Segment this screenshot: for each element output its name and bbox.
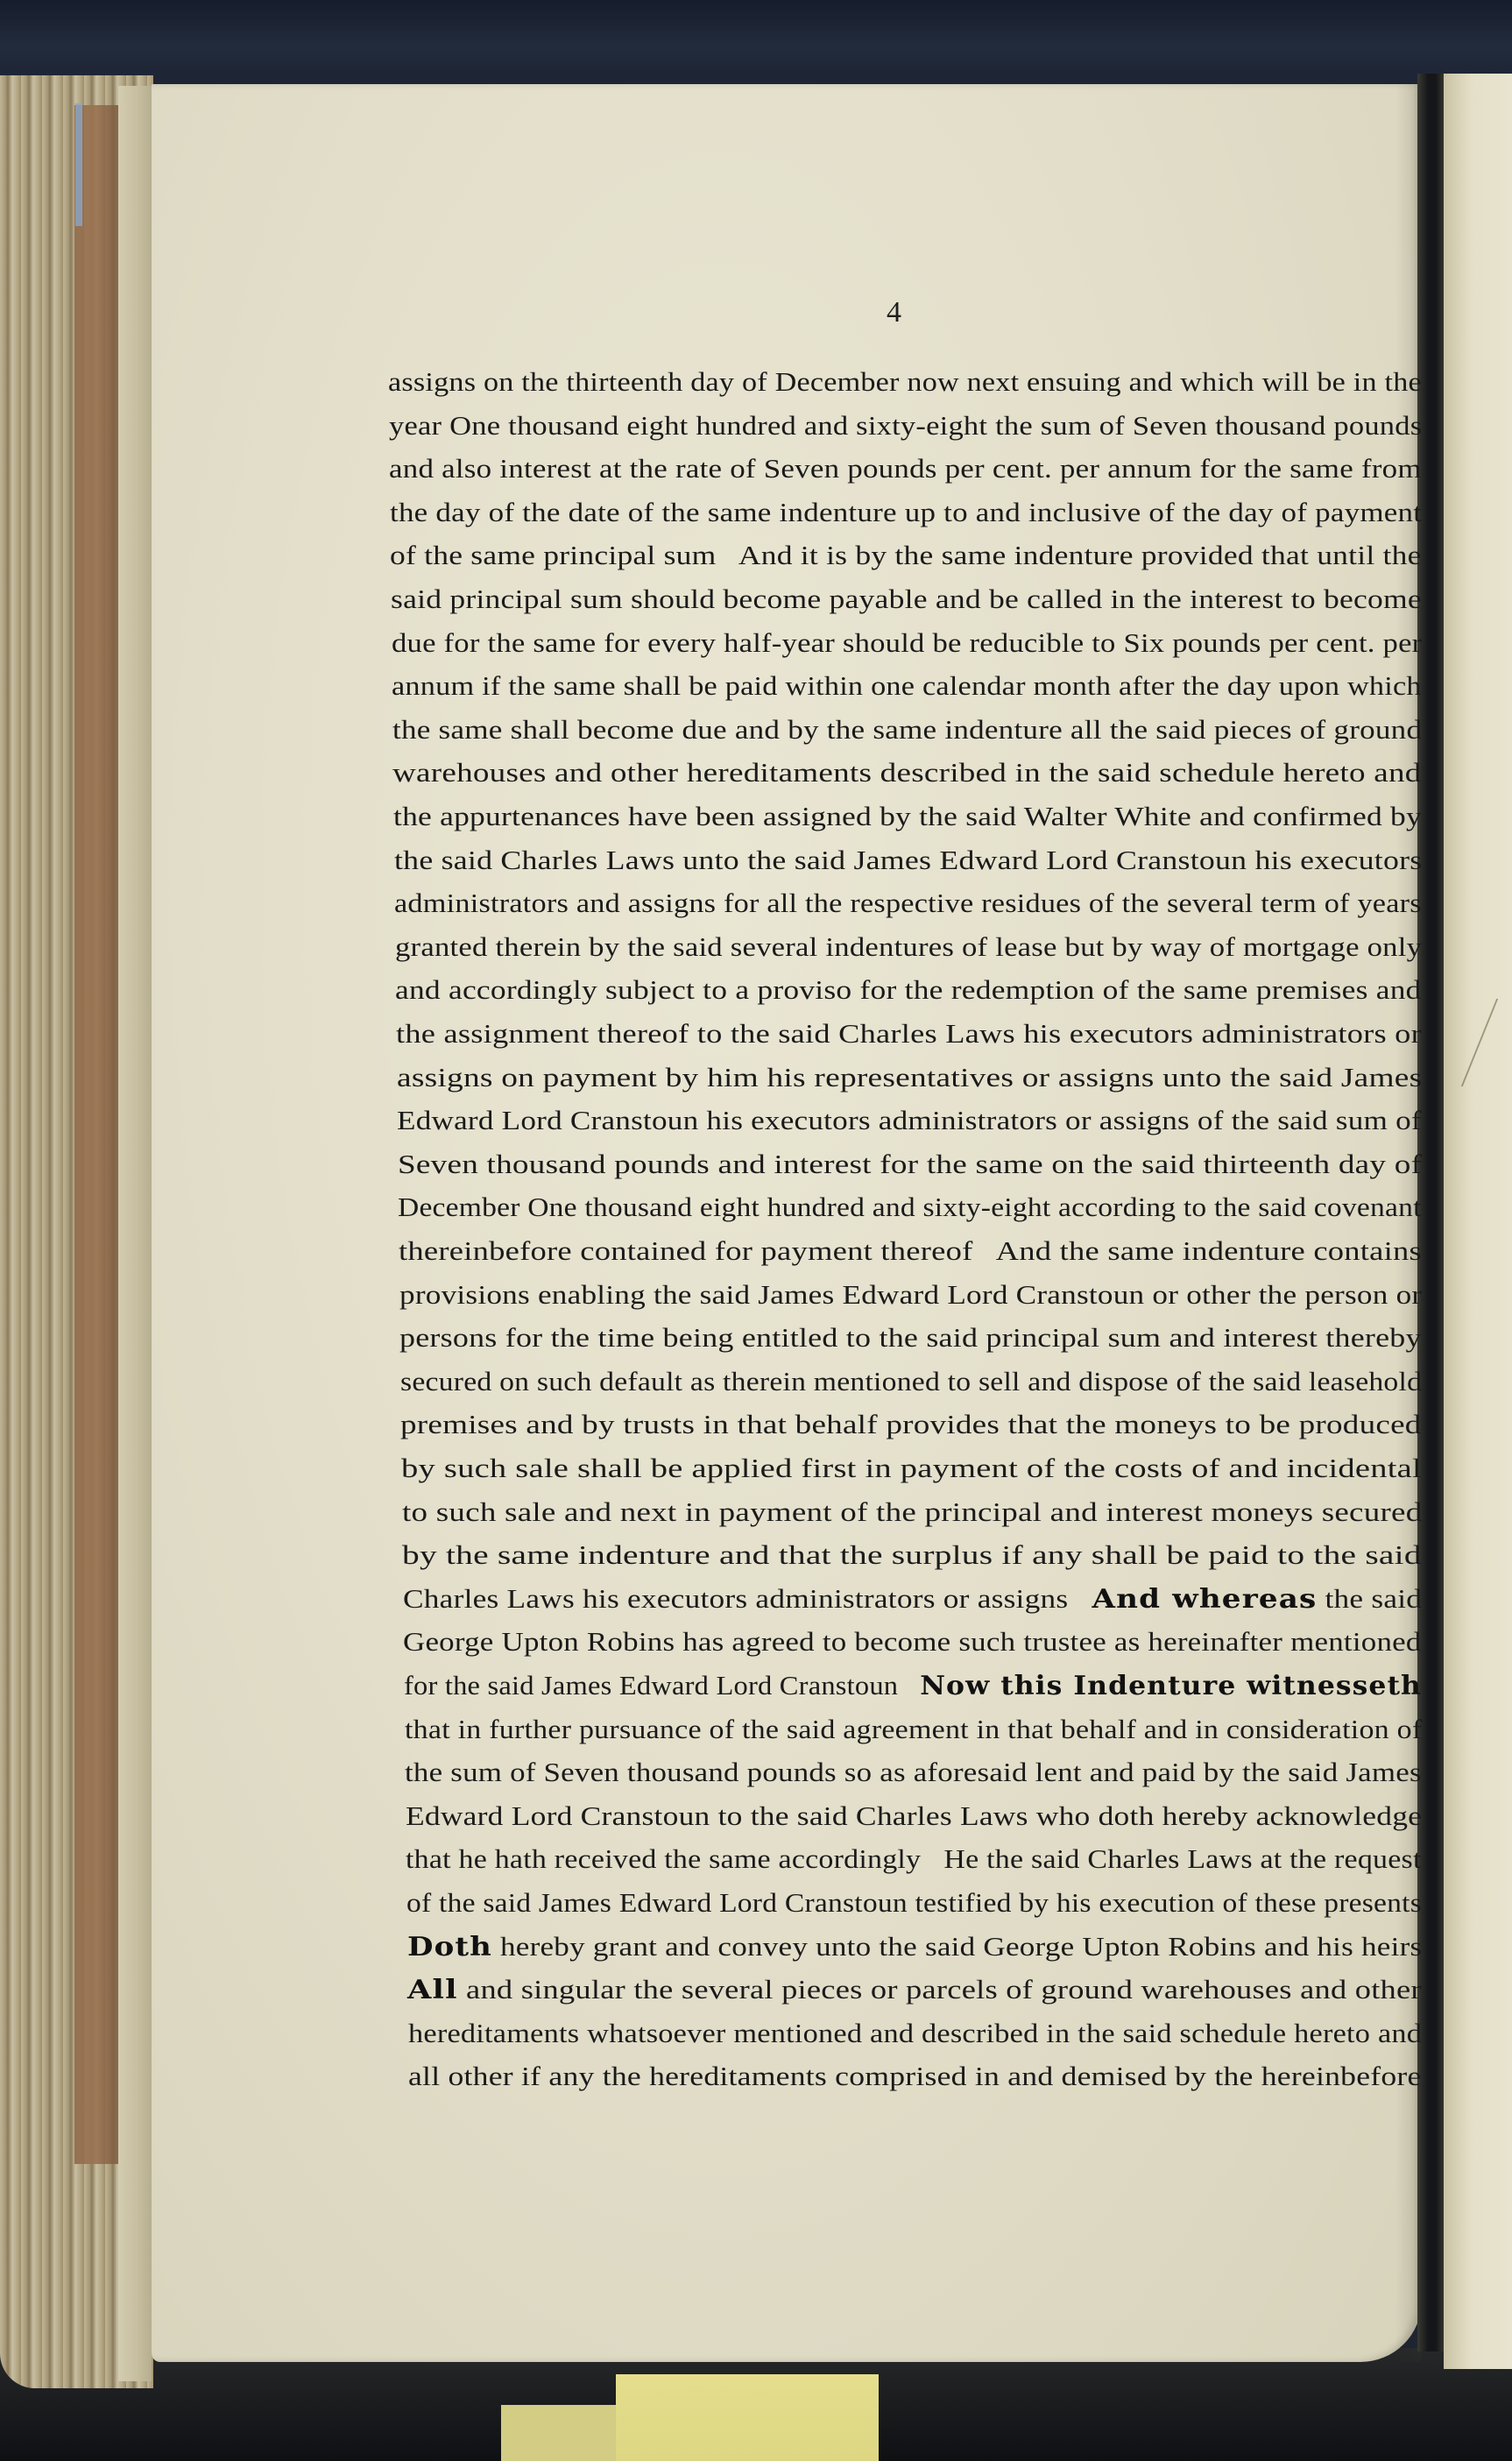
text-line: that he hath received the same according… xyxy=(406,1843,1422,1875)
text-line: secured on such default as therein menti… xyxy=(400,1366,1422,1397)
text-segment: due for the same for every half-year sho… xyxy=(392,627,1422,658)
text-line: granted therein by the said several inde… xyxy=(395,931,1422,963)
text-segment: and also interest at the rate of Seven p… xyxy=(389,453,1422,484)
text-line: due for the same for every half-year sho… xyxy=(392,627,1422,659)
text-line: persons for the time being entitled to t… xyxy=(399,1322,1422,1354)
facing-page-edge xyxy=(1444,74,1512,2369)
text-segment: assigns on payment by him his representa… xyxy=(397,1062,1422,1093)
sticky-note-shadow xyxy=(501,2405,624,2461)
text-line: said principal sum should become payable… xyxy=(391,583,1422,615)
text-line: annum if the same shall be paid within o… xyxy=(392,670,1422,702)
text-segment: the said Charles Laws unto the said Jame… xyxy=(394,845,1422,875)
sticky-note-tab xyxy=(616,2374,879,2461)
blackletter-phrase: Now this Indenture witnesseth xyxy=(920,1671,1422,1701)
text-segment: Charles Laws his executors administrator… xyxy=(403,1583,1092,1614)
text-segment: persons for the time being entitled to t… xyxy=(399,1322,1422,1353)
text-segment: by the same indenture and that the surpl… xyxy=(402,1539,1422,1570)
text-segment: premises and by trusts in that behalf pr… xyxy=(400,1409,1422,1439)
text-line: premises and by trusts in that behalf pr… xyxy=(400,1409,1422,1440)
text-segment: to such sale and next in payment of the … xyxy=(402,1496,1422,1527)
text-line: to such sale and next in payment of the … xyxy=(402,1496,1422,1528)
text-line: administrators and assigns for all the r… xyxy=(394,888,1422,919)
text-segment: assigns on the thirteenth day of Decembe… xyxy=(388,366,1422,397)
text-line: warehouses and other hereditaments descr… xyxy=(392,757,1422,789)
text-line: of the same principal sum And it is by t… xyxy=(390,540,1422,571)
text-segment: December One thousand eight hundred and … xyxy=(398,1192,1422,1222)
blackletter-phrase: All xyxy=(407,1975,458,2005)
text-segment: that in further pursuance of the said ag… xyxy=(405,1714,1422,1744)
text-line: and also interest at the rate of Seven p… xyxy=(389,453,1422,484)
text-line: assigns on payment by him his representa… xyxy=(397,1062,1422,1093)
text-segment: the said xyxy=(1317,1583,1422,1614)
page-number: 4 xyxy=(887,296,901,329)
text-line: by the same indenture and that the surpl… xyxy=(402,1539,1422,1571)
text-line: the appurtenances have been assigned by … xyxy=(393,801,1422,832)
text-segment: George Upton Robins has agreed to become… xyxy=(403,1626,1422,1657)
text-line: that in further pursuance of the said ag… xyxy=(405,1714,1422,1745)
text-segment: of the said James Edward Lord Cranstoun … xyxy=(406,1887,1422,1918)
text-segment: provisions enabling the said James Edwar… xyxy=(399,1279,1422,1310)
text-line: All and singular the several pieces or p… xyxy=(407,1974,1422,2005)
text-line: of the said James Edward Lord Cranstoun … xyxy=(406,1887,1422,1919)
text-segment: all other if any the hereditaments compr… xyxy=(408,2061,1422,2091)
text-line: hereditaments whatsoever mentioned and d… xyxy=(408,2018,1422,2049)
text-segment: the appurtenances have been assigned by … xyxy=(393,801,1422,831)
text-segment: Edward Lord Cranstoun his executors admi… xyxy=(397,1105,1422,1135)
text-segment: the same shall become due and by the sam… xyxy=(392,714,1422,745)
text-segment: the sum of Seven thousand pounds so as a… xyxy=(405,1757,1422,1787)
text-line: the same shall become due and by the sam… xyxy=(392,714,1422,746)
text-line: Seven thousand pounds and interest for t… xyxy=(398,1149,1422,1180)
text-segment: granted therein by the said several inde… xyxy=(395,931,1422,962)
text-segment: said principal sum should become payable… xyxy=(391,583,1422,614)
text-segment: year One thousand eight hundred and sixt… xyxy=(389,410,1422,441)
text-segment: annum if the same shall be paid within o… xyxy=(392,670,1422,701)
text-line: the assignment thereof to the said Charl… xyxy=(396,1018,1422,1050)
text-segment: Seven thousand pounds and interest for t… xyxy=(398,1149,1422,1179)
text-segment: administrators and assigns for all the r… xyxy=(394,888,1422,918)
text-line: year One thousand eight hundred and sixt… xyxy=(389,410,1422,442)
text-line: all other if any the hereditaments compr… xyxy=(408,2061,1422,2092)
book-cover-top xyxy=(0,0,1512,83)
text-line: Edward Lord Cranstoun his executors admi… xyxy=(397,1105,1422,1136)
text-segment: warehouses and other hereditaments descr… xyxy=(392,757,1422,788)
text-segment: hereditaments whatsoever mentioned and d… xyxy=(408,2018,1422,2048)
text-line: George Upton Robins has agreed to become… xyxy=(403,1626,1422,1658)
text-segment: the assignment thereof to the said Charl… xyxy=(396,1018,1422,1049)
text-segment: and accordingly subject to a proviso for… xyxy=(395,974,1422,1005)
text-segment: by such sale shall be applied first in p… xyxy=(401,1453,1422,1483)
text-line: Edward Lord Cranstoun to the said Charle… xyxy=(406,1800,1422,1832)
text-segment: of the same principal sum And it is by t… xyxy=(390,540,1422,570)
page-edge-inner xyxy=(118,86,152,2381)
text-segment: hereby grant and convey unto the said Ge… xyxy=(492,1931,1422,1962)
blackletter-phrase: And whereas xyxy=(1092,1584,1317,1615)
text-segment: the day of the date of the same indentur… xyxy=(390,497,1422,527)
text-segment: Edward Lord Cranstoun to the said Charle… xyxy=(406,1800,1422,1831)
text-line: thereinbefore contained for payment ther… xyxy=(399,1235,1422,1267)
text-segment: for the said James Edward Lord Cranstoun xyxy=(404,1670,920,1701)
text-line: the day of the date of the same indentur… xyxy=(390,497,1422,528)
text-segment: thereinbefore contained for payment ther… xyxy=(399,1235,1422,1266)
text-segment: that he hath received the same according… xyxy=(406,1843,1422,1874)
text-segment: secured on such default as therein menti… xyxy=(400,1366,1422,1397)
text-line: for the said James Edward Lord Cranstoun… xyxy=(404,1670,1422,1701)
text-line: and accordingly subject to a proviso for… xyxy=(395,974,1422,1006)
text-line: the said Charles Laws unto the said Jame… xyxy=(394,845,1422,876)
text-line: assigns on the thirteenth day of Decembe… xyxy=(388,366,1422,398)
text-segment: and singular the several pieces or parce… xyxy=(458,1974,1422,2005)
text-line: Charles Laws his executors administrator… xyxy=(403,1583,1422,1615)
page-edge-stain xyxy=(74,105,118,2164)
blackletter-phrase: Doth xyxy=(407,1932,492,1962)
page-edge-tab xyxy=(75,103,82,226)
text-line: Doth hereby grant and convey unto the sa… xyxy=(407,1931,1422,1962)
text-line: the sum of Seven thousand pounds so as a… xyxy=(405,1757,1422,1788)
text-line: provisions enabling the said James Edwar… xyxy=(399,1279,1422,1311)
text-line: December One thousand eight hundred and … xyxy=(398,1192,1422,1223)
text-line: by such sale shall be applied first in p… xyxy=(401,1453,1422,1484)
